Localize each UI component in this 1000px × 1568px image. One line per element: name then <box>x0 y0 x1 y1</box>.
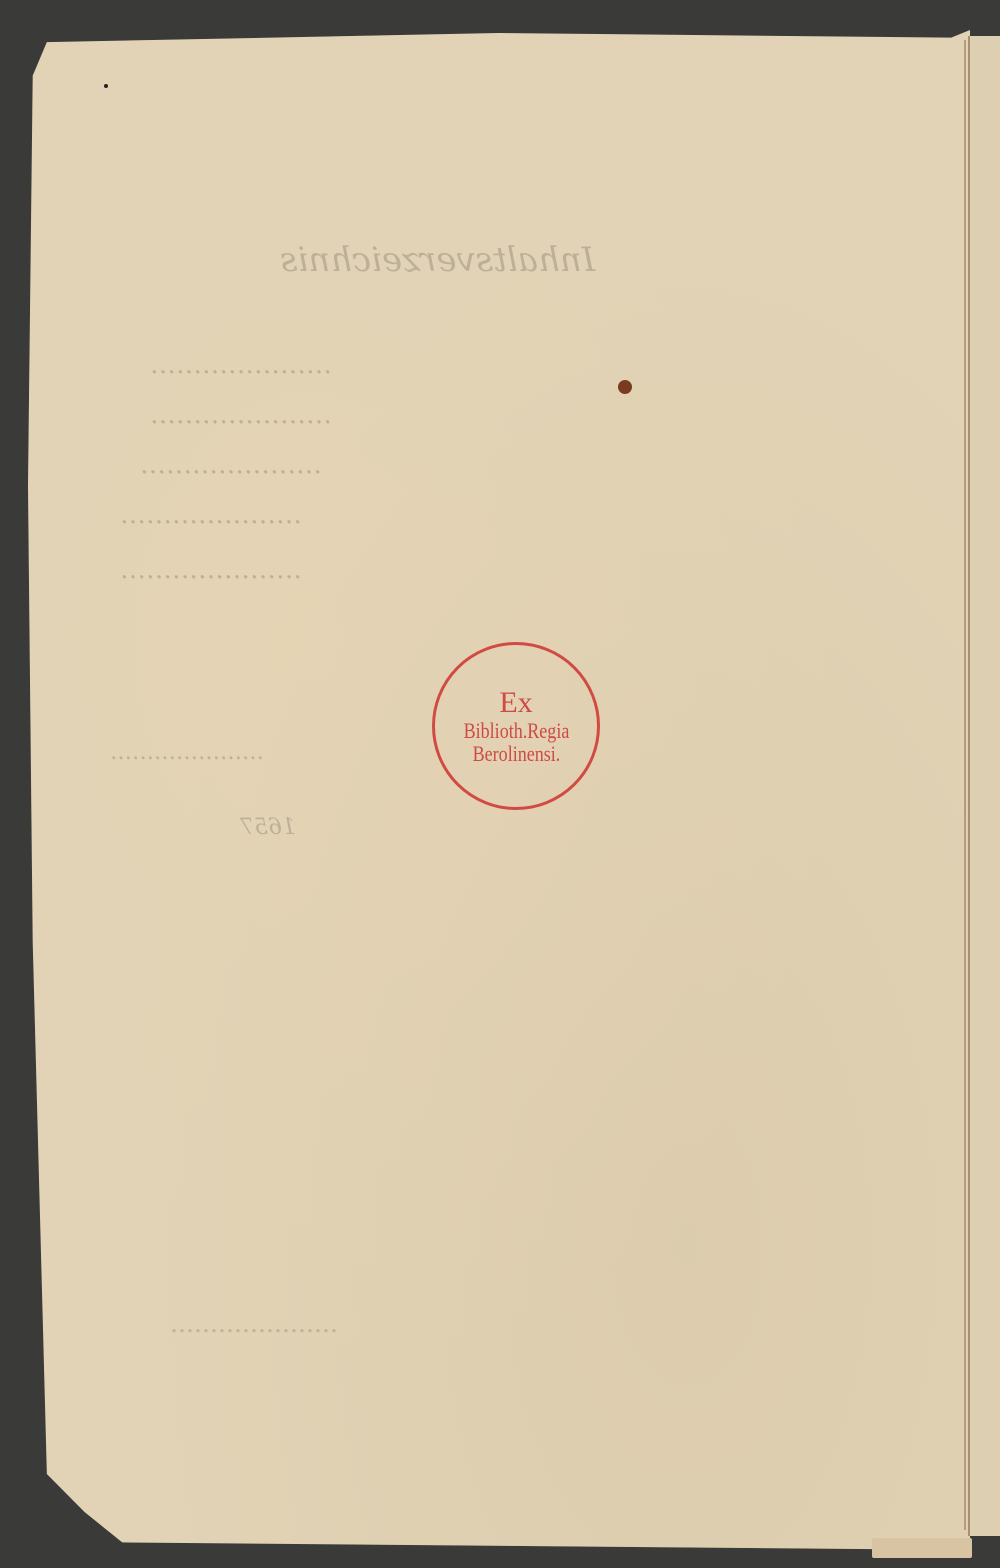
bleed-line: ………………… <box>120 555 302 585</box>
library-stamp: Ex Biblioth.Regia Berolinensi. <box>432 642 600 810</box>
ink-spot <box>618 380 632 394</box>
bleed-line: ………………… <box>150 400 332 430</box>
binding-tab <box>872 1538 972 1558</box>
stamp-line-3: Berolinensi. <box>472 742 560 765</box>
bleed-line: ………………… <box>140 450 322 480</box>
bleed-line: ………………… <box>110 740 264 765</box>
stamp-line-1: Ex <box>499 687 532 719</box>
stamp-line-2: Biblioth.Regia <box>463 719 569 742</box>
page-gutter <box>964 40 966 1530</box>
bleed-heading: Inhaltsverzeichnis <box>280 240 595 280</box>
bleed-line: ………………… <box>120 500 302 530</box>
ink-dot <box>104 84 108 88</box>
bleed-line: ………………… <box>170 1310 338 1338</box>
bleed-line: ………………… <box>150 350 332 380</box>
facing-page-edge <box>968 36 1000 1536</box>
bleed-year: 1657 <box>240 815 296 840</box>
